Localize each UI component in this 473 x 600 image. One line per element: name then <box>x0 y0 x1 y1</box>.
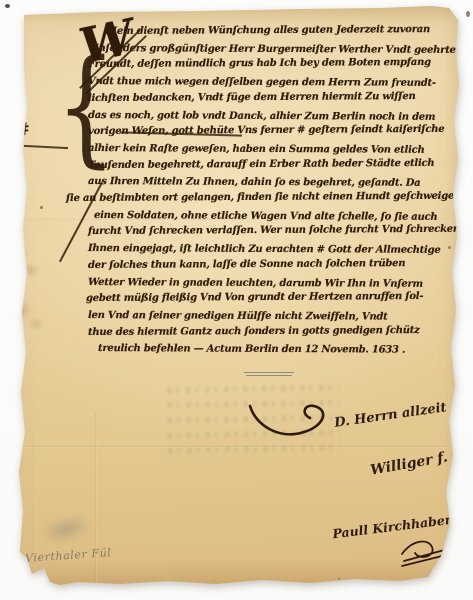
pencil-annotation: Vierthaler Fül <box>25 546 112 565</box>
berlin-underline <box>246 375 292 376</box>
margin-insert-mark: # <box>15 121 31 140</box>
manuscript-line: Tauſenden begehrett, darauff ein Erber R… <box>88 155 458 174</box>
manuscript-line: lichſten bedancken, Vndt füge dem Herren… <box>88 89 458 108</box>
manuscript-line: treulich befehlen — Actum Berlin den 12 … <box>98 341 458 360</box>
berlin-underline <box>244 372 294 373</box>
manuscript-line: furcht Vnd ſchrecken verlaſſen. Wer nun … <box>88 222 458 241</box>
gray-smudge <box>38 510 95 548</box>
photo-background: W { # Mein dienſt neben Wünſchung alles … <box>0 0 473 600</box>
paper-speck <box>40 206 43 209</box>
paper-speck <box>338 578 340 580</box>
ink-stain <box>0 232 60 342</box>
signature-paraph <box>398 536 454 568</box>
closing-line-1: D. Herrn allzeit <box>334 400 448 431</box>
closing-line-2: Williger f. <box>369 449 449 478</box>
manuscript-line: ſie an beſtimbten ort gelangen, finden ſ… <box>66 189 458 208</box>
manuscript-lines: Mein dienſt neben Wünſchung alles guten … <box>88 24 458 358</box>
letter-paper: W { # Mein dienſt neben Wünſchung alles … <box>0 0 473 600</box>
closing-flourish-swash <box>246 400 338 444</box>
manuscript-line: gebett müßig fleißig Vnd Von grundt der … <box>86 289 458 308</box>
manuscript-line: der ſolches thun kann, laſſe die Sonne n… <box>88 256 458 275</box>
manuscript-line: Mein dienſt neben Wünſchung alles guten … <box>106 22 458 41</box>
manuscript-line: Freundt, deſſen mündlich grus hab Ich be… <box>88 55 458 74</box>
letter-paper-shadow: W { # Mein dienſt neben Wünſchung alles … <box>0 0 473 600</box>
manuscript-line: thue des hiermit Gantz auch ſonders in g… <box>88 322 458 341</box>
